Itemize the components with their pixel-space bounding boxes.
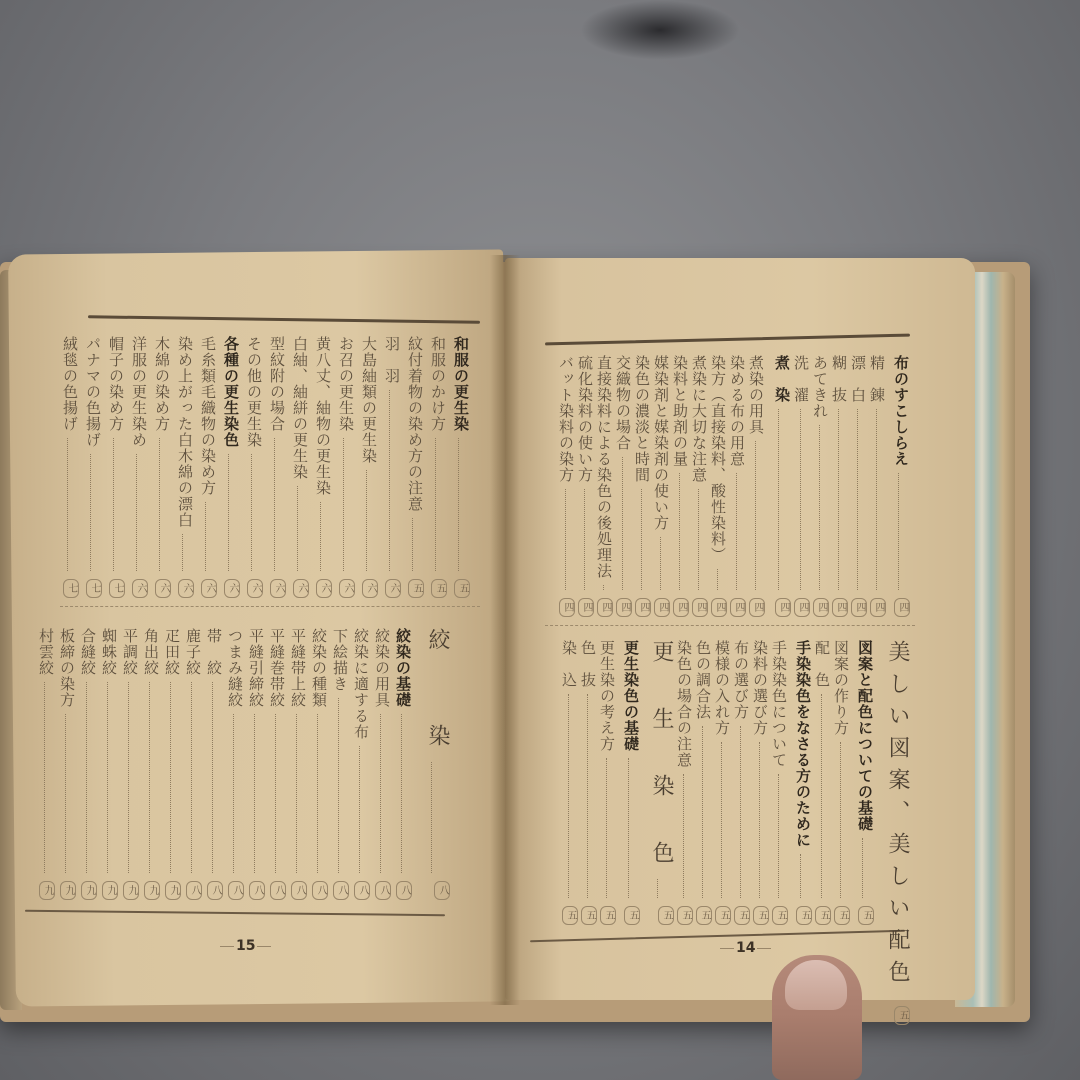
toc-page-ref: 八 <box>270 881 286 900</box>
dot-leader <box>679 473 680 590</box>
toc-page-ref: 八 <box>228 881 244 900</box>
toc-chapter-heading[interactable]: 絞 染八 <box>412 628 450 900</box>
toc-page-ref: 四 <box>730 598 746 617</box>
toc-entry-title: 型紋附の場合 <box>268 336 286 432</box>
right-top-toc: 布のすこしらえ四 精 錬四 漂 白四 糊 抜四 あてきれ四 洗 濯四 煮 染四 … <box>545 355 910 617</box>
toc-page-ref: 五 <box>858 906 874 925</box>
dot-leader <box>628 758 629 898</box>
dot-leader <box>401 714 402 873</box>
toc-entry-title: 染 込 <box>560 640 578 688</box>
toc-entry[interactable]: 蜘蛛絞九 <box>97 628 118 900</box>
toc-page-ref: 六 <box>293 579 309 598</box>
toc-entry[interactable]: 和服の更生染五 <box>447 336 470 598</box>
toc-entry[interactable]: 黄八丈、紬物の更生染六 <box>309 336 332 598</box>
toc-entry[interactable]: 絨毯の色揚げ七 <box>56 336 79 598</box>
dot-leader <box>857 409 858 590</box>
dot-leader <box>641 489 642 590</box>
dot-leader <box>740 726 741 898</box>
dot-leader <box>254 714 255 873</box>
toc-entry-title: 色 抜 <box>579 640 597 688</box>
toc-entry[interactable]: 木綿の染め方六 <box>148 336 171 598</box>
dot-leader <box>320 502 321 571</box>
toc-entry-title: 模様の入れ方 <box>713 640 731 736</box>
dot-leader <box>683 774 684 898</box>
toc-entry-title: 硫化染料の使い方 <box>576 355 594 483</box>
book-gutter <box>490 255 520 1005</box>
dot-leader <box>698 489 699 590</box>
dot-leader <box>136 454 137 571</box>
toc-page-ref: 九 <box>102 881 118 900</box>
toc-page-ref: 六 <box>362 579 378 598</box>
dot-leader <box>191 682 192 873</box>
dot-leader <box>296 714 297 873</box>
dot-leader <box>431 762 432 873</box>
toc-entry[interactable]: 型紋附の場合六 <box>263 336 286 598</box>
background-shadow <box>580 0 740 60</box>
toc-entry-title: 絞染の種類 <box>310 628 328 708</box>
toc-entry[interactable]: 煮 染四 <box>765 355 791 617</box>
toc-page-ref: 五 <box>894 1006 910 1025</box>
chapter-title: 更 生 染 色 <box>648 640 674 873</box>
toc-page-ref: 四 <box>870 598 886 617</box>
toc-page-ref: 八 <box>333 881 349 900</box>
chapter-title: 美しい図案、美しい配色 <box>884 640 910 992</box>
toc-entry[interactable]: 煮染に大切な注意四 <box>689 355 708 617</box>
toc-entry[interactable]: 帽子の染め方七 <box>102 336 125 598</box>
dot-leader <box>317 714 318 873</box>
toc-entry-title: 煮染の用具 <box>747 355 765 435</box>
toc-page-ref: 四 <box>635 598 651 617</box>
toc-entry[interactable]: 手染染色について五 <box>769 640 788 925</box>
toc-entry[interactable]: 洗 濯四 <box>791 355 810 617</box>
toc-page-ref: 五 <box>796 906 812 925</box>
dot-leader <box>412 518 413 571</box>
dot-leader <box>389 390 390 571</box>
chapter-title: 絞 染 <box>424 628 450 756</box>
toc-entry[interactable]: 大島紬類の更生染六 <box>355 336 378 598</box>
toc-entry[interactable]: 白紬、紬絣の更生染六 <box>286 336 309 598</box>
toc-entry-title: 平縫引締絞 <box>247 628 265 708</box>
toc-entry-title: 和服の更生染 <box>452 336 470 432</box>
toc-page-ref: 四 <box>654 598 670 617</box>
toc-entry[interactable]: 染方（直接染料、酸性染料）四 <box>708 355 727 617</box>
toc-entry-title: 染方（直接染料、酸性染料） <box>709 355 727 563</box>
toc-page-ref: 六 <box>201 579 217 598</box>
toc-entry-title: 黄八丈、紬物の更生染 <box>314 336 332 496</box>
toc-entry[interactable]: 更生染の考え方五 <box>597 640 616 925</box>
toc-page-ref: 四 <box>794 598 810 617</box>
toc-entry[interactable]: 下絵描き八 <box>328 628 349 900</box>
dot-leader <box>565 489 566 590</box>
toc-entry-title: 平縫帯上絞 <box>289 628 307 708</box>
toc-entry-title: 糊 抜 <box>830 355 848 403</box>
toc-entry[interactable]: 硫化染料の使い方四 <box>575 355 594 617</box>
toc-page-ref: 九 <box>144 881 160 900</box>
dot-leader <box>778 774 779 898</box>
dot-leader <box>251 454 252 571</box>
dot-leader <box>90 454 91 571</box>
right-bottom-toc: 美しい図案、美しい配色五 図案と配色についての基礎五 図案の作り方五 配 色五 … <box>545 640 910 925</box>
toc-page-ref: 四 <box>597 598 613 617</box>
toc-entry-title: 紋付着物の染め方の注意 <box>406 336 424 512</box>
dot-leader <box>800 409 801 590</box>
toc-entry-title: 漂 白 <box>849 355 867 403</box>
toc-page-ref: 七 <box>63 579 79 598</box>
toc-page-ref: 五 <box>815 906 831 925</box>
toc-entry[interactable]: 手染染色をなさる方のために五 <box>788 640 812 925</box>
dot-leader <box>862 838 863 898</box>
toc-entry[interactable]: 媒染剤と媒染剤の使い方四 <box>651 355 670 617</box>
toc-entry[interactable]: 角出絞九 <box>139 628 160 900</box>
toc-entry[interactable]: 帯 絞八 <box>202 628 223 900</box>
toc-page-ref: 五 <box>431 579 447 598</box>
toc-page-ref: 六 <box>339 579 355 598</box>
dot-leader <box>65 714 66 873</box>
toc-entry[interactable]: 合縫絞九 <box>76 628 97 900</box>
toc-page-ref: 八 <box>434 881 450 900</box>
dot-leader <box>67 438 68 571</box>
dot-leader <box>128 682 129 873</box>
toc-entry[interactable]: 各種の更生染色六 <box>217 336 240 598</box>
toc-page-ref: 五 <box>677 906 693 925</box>
toc-entry-title: 染める布の用意 <box>728 355 746 467</box>
toc-entry-title: 各種の更生染色 <box>222 336 240 448</box>
dot-leader <box>149 682 150 873</box>
toc-entry-title: 村雲絞 <box>37 628 55 676</box>
toc-entry[interactable]: 色 抜五 <box>578 640 597 925</box>
dot-leader <box>275 714 276 873</box>
toc-page-ref: 九 <box>123 881 139 900</box>
dot-leader <box>107 682 108 873</box>
toc-entry[interactable]: 絞染の種類八 <box>307 628 328 900</box>
toc-entry-title: 煮染に大切な注意 <box>690 355 708 483</box>
toc-entry-title: 絞染に適する布 <box>352 628 370 740</box>
toc-entry-title: 絨毯の色揚げ <box>61 336 79 432</box>
toc-entry[interactable]: 染色の場合の注意五 <box>674 640 693 925</box>
dot-leader <box>380 714 381 873</box>
toc-page-ref: 四 <box>894 598 910 617</box>
toc-entry-title: 毛糸類毛織物の染め方 <box>199 336 217 496</box>
thumb-nail <box>785 960 847 1010</box>
toc-page-ref: 六 <box>224 579 240 598</box>
toc-page-ref: 四 <box>813 598 829 617</box>
toc-entry[interactable]: 絞染の用具八 <box>370 628 391 900</box>
toc-page-ref: 五 <box>715 906 731 925</box>
toc-entry-title: 蜘蛛絞 <box>100 628 118 676</box>
dot-leader <box>838 409 839 590</box>
toc-page-ref: 八 <box>186 881 202 900</box>
toc-page-ref: 八 <box>375 881 391 900</box>
toc-page-ref: 四 <box>616 598 632 617</box>
dot-leader <box>366 470 367 571</box>
toc-entry-title: 媒染剤と媒染剤の使い方 <box>652 355 670 531</box>
dot-leader <box>584 489 585 590</box>
toc-entry-title: 直接染料による染色の後処理法 <box>595 355 613 579</box>
toc-page-ref: 五 <box>772 906 788 925</box>
toc-page-ref: 八 <box>354 881 370 900</box>
toc-entry[interactable]: 絞染に適する布八 <box>349 628 370 900</box>
toc-page-ref: 六 <box>270 579 286 598</box>
toc-entry[interactable]: 羽 羽六 <box>378 336 401 598</box>
toc-entry[interactable]: 模様の入れ方五 <box>712 640 731 925</box>
toc-entry-title: 更生染色の基礎 <box>622 640 640 752</box>
toc-entry[interactable]: 平縫引締絞八 <box>244 628 265 900</box>
toc-page-ref: 四 <box>559 598 575 617</box>
toc-entry-title: 疋田絞 <box>163 628 181 676</box>
dot-leader <box>338 698 339 873</box>
toc-entry[interactable]: パナマの色揚げ七 <box>79 336 102 598</box>
dot-leader <box>587 694 588 898</box>
toc-entry-title: 染料の選び方 <box>751 640 769 736</box>
dot-leader <box>736 473 737 590</box>
toc-entry-title: 色の調合法 <box>694 640 712 720</box>
toc-page-ref: 六 <box>316 579 332 598</box>
toc-entry-title: 配 色 <box>813 640 831 688</box>
toc-entry[interactable]: 鹿子絞八 <box>181 628 202 900</box>
toc-entry-title: 染め上がった白木綿の漂白 <box>176 336 194 528</box>
dot-leader <box>113 438 114 571</box>
dot-leader <box>435 438 436 571</box>
dot-leader <box>44 682 45 873</box>
toc-page-ref: 九 <box>165 881 181 900</box>
toc-entry-title: 布の選び方 <box>732 640 750 720</box>
toc-page-ref: 六 <box>155 579 171 598</box>
toc-entry[interactable]: 漂 白四 <box>848 355 867 617</box>
toc-entry-title: 羽 羽 <box>383 336 401 384</box>
toc-page-ref: 四 <box>673 598 689 617</box>
toc-entry-title: 合縫絞 <box>79 628 97 676</box>
dot-leader <box>800 854 801 898</box>
toc-entry-title: 鹿子絞 <box>184 628 202 676</box>
left-section-divider <box>60 606 480 608</box>
toc-entry-title: 図案と配色についての基礎 <box>856 640 874 832</box>
toc-entry-title: 板締の染方 <box>58 628 76 708</box>
toc-entry-title: 帯 絞 <box>205 628 223 676</box>
toc-page-ref: 四 <box>851 598 867 617</box>
dot-leader <box>603 585 604 590</box>
toc-page-ref: 五 <box>834 906 850 925</box>
toc-entry[interactable]: 染料の選び方五 <box>750 640 769 925</box>
toc-entry[interactable]: お召の更生染六 <box>332 336 355 598</box>
toc-entry[interactable]: 煮染の用具四 <box>746 355 765 617</box>
toc-entry[interactable]: 平縫帯上絞八 <box>286 628 307 900</box>
dot-leader <box>721 742 722 898</box>
dot-leader <box>606 758 607 898</box>
dot-leader <box>876 409 877 590</box>
toc-entry[interactable]: 染める布の用意四 <box>727 355 746 617</box>
toc-entry[interactable]: 染め上がった白木綿の漂白六 <box>171 336 194 598</box>
toc-entry-title: 洗 濯 <box>792 355 810 403</box>
toc-entry[interactable]: 染料と助剤の量四 <box>670 355 689 617</box>
toc-page-ref: 四 <box>749 598 765 617</box>
toc-entry-title: 染色の場合の注意 <box>675 640 693 768</box>
toc-entry-title: つまみ縫絞 <box>226 628 244 708</box>
dot-leader <box>568 694 569 898</box>
dot-leader <box>170 682 171 873</box>
dot-leader <box>359 746 360 873</box>
dot-leader <box>660 537 661 590</box>
toc-entry-title: 手染染色をなさる方のために <box>794 640 812 848</box>
dot-leader <box>159 438 160 571</box>
dot-leader <box>778 409 779 590</box>
dot-leader <box>343 438 344 571</box>
toc-entry[interactable]: 更生染色の基礎五 <box>616 640 640 925</box>
toc-page-ref: 五 <box>562 906 578 925</box>
toc-entry[interactable]: 疋田絞九 <box>160 628 181 900</box>
toc-page-ref: 五 <box>753 906 769 925</box>
right-page-number: 14 <box>722 940 769 956</box>
toc-page-ref: 七 <box>86 579 102 598</box>
dot-leader <box>755 441 756 590</box>
toc-entry[interactable]: 平縫巻帯絞八 <box>265 628 286 900</box>
toc-entry[interactable]: 毛糸類毛織物の染め方六 <box>194 336 217 598</box>
toc-entry[interactable]: 板締の染方九 <box>55 628 76 900</box>
toc-page-ref: 九 <box>81 881 97 900</box>
toc-page-ref: 八 <box>396 881 412 900</box>
dot-leader <box>274 438 275 571</box>
toc-entry[interactable]: 紋付着物の染め方の注意五 <box>401 336 424 598</box>
toc-entry[interactable]: 洋服の更生染め六 <box>125 336 148 598</box>
toc-entry[interactable]: 図案と配色についての基礎五 <box>850 640 874 925</box>
dot-leader <box>821 694 822 898</box>
toc-entry[interactable]: 布の選び方五 <box>731 640 750 925</box>
toc-entry[interactable]: 染色の濃淡と時間四 <box>632 355 651 617</box>
toc-entry[interactable]: 和服のかけ方五 <box>424 336 447 598</box>
toc-entry[interactable]: 交織物の場合四 <box>613 355 632 617</box>
dot-leader <box>819 425 820 590</box>
toc-entry[interactable]: バット染料の染方四 <box>556 355 575 617</box>
toc-page-ref: 五 <box>408 579 424 598</box>
toc-entry[interactable]: つまみ縫絞八 <box>223 628 244 900</box>
dot-leader <box>212 682 213 873</box>
toc-page-ref: 四 <box>775 598 791 617</box>
dot-leader <box>86 682 87 873</box>
toc-entry-title: 洋服の更生染め <box>130 336 148 448</box>
toc-entry[interactable]: 村雲絞九 <box>34 628 55 900</box>
toc-entry[interactable]: 色の調合法五 <box>693 640 712 925</box>
toc-page-ref: 八 <box>291 881 307 900</box>
toc-entry-title: 木綿の染め方 <box>153 336 171 432</box>
toc-chapter-heading[interactable]: 更 生 染 色五 <box>640 640 674 925</box>
toc-entry-title: 煮 染 <box>773 355 791 403</box>
toc-entry-title: 精 錬 <box>868 355 886 403</box>
toc-entry-title: 和服のかけ方 <box>429 336 447 432</box>
toc-page-ref: 四 <box>832 598 848 617</box>
dot-leader <box>657 879 658 898</box>
toc-entry[interactable]: 布のすこしらえ四 <box>886 355 910 617</box>
toc-page-ref: 八 <box>249 881 265 900</box>
toc-page-ref: 八 <box>312 881 328 900</box>
toc-entry-title: 平縫巻帯絞 <box>268 628 286 708</box>
toc-entry[interactable]: 染 込五 <box>559 640 578 925</box>
toc-entry-title: その他の更生染 <box>245 336 263 448</box>
dot-leader <box>228 454 229 571</box>
toc-entry[interactable]: その他の更生染六 <box>240 336 263 598</box>
toc-page-ref: 五 <box>624 906 640 925</box>
toc-entry-title: バット染料の染方 <box>557 355 575 483</box>
dot-leader <box>233 714 234 873</box>
toc-entry[interactable]: 精 錬四 <box>867 355 886 617</box>
toc-entry-title: お召の更生染 <box>337 336 355 432</box>
toc-entry-title: 下絵描き <box>331 628 349 692</box>
toc-entry[interactable]: 糊 抜四 <box>829 355 848 617</box>
dot-leader <box>898 473 899 590</box>
toc-entry-title: 染色の濃淡と時間 <box>633 355 651 483</box>
toc-page-ref: 五 <box>696 906 712 925</box>
toc-entry-title: あてきれ <box>811 355 829 419</box>
dot-leader <box>622 457 623 590</box>
toc-entry-title: 白紬、紬絣の更生染 <box>291 336 309 480</box>
toc-page-ref: 七 <box>109 579 125 598</box>
dot-leader <box>759 742 760 898</box>
dot-leader <box>182 534 183 571</box>
dot-leader <box>205 502 206 571</box>
toc-page-ref: 九 <box>60 881 76 900</box>
dot-leader <box>702 726 703 898</box>
right-section-divider <box>545 625 915 627</box>
toc-entry-title: 更生染の考え方 <box>598 640 616 752</box>
toc-entry[interactable]: 絞染の基礎八 <box>391 628 412 900</box>
toc-page-ref: 四 <box>711 598 727 617</box>
dot-leader <box>297 486 298 571</box>
toc-entry-title: パナマの色揚げ <box>84 336 102 448</box>
toc-page-ref: 五 <box>600 906 616 925</box>
toc-page-ref: 六 <box>385 579 401 598</box>
toc-entry-title: 交織物の場合 <box>614 355 632 451</box>
dot-leader <box>840 742 841 898</box>
toc-page-ref: 六 <box>247 579 263 598</box>
toc-chapter-heading[interactable]: 美しい図案、美しい配色五 <box>874 640 910 925</box>
toc-page-ref: 五 <box>658 906 674 925</box>
toc-page-ref: 四 <box>692 598 708 617</box>
toc-entry-title: 角出絞 <box>142 628 160 676</box>
toc-page-ref: 八 <box>207 881 223 900</box>
toc-entry-title: 大島紬類の更生染 <box>360 336 378 464</box>
toc-page-ref: 四 <box>578 598 594 617</box>
toc-entry-title: 帽子の染め方 <box>107 336 125 432</box>
toc-entry-title: 図案の作り方 <box>832 640 850 736</box>
left-bottom-toc: 絞 染八 絞染の基礎八 絞染の用具八 絞染に適する布八 下絵描き八 絞染の種類八… <box>40 628 450 900</box>
toc-entry-title: 染料と助剤の量 <box>671 355 689 467</box>
toc-entry[interactable]: 平調絞九 <box>118 628 139 900</box>
toc-page-ref: 五 <box>734 906 750 925</box>
dot-leader <box>717 569 718 590</box>
toc-entry[interactable]: 配 色五 <box>812 640 831 925</box>
toc-page-ref: 五 <box>581 906 597 925</box>
dot-leader <box>458 438 459 571</box>
toc-entry[interactable]: 図案の作り方五 <box>831 640 850 925</box>
left-top-toc: 和服の更生染五 和服のかけ方五 紋付着物の染め方の注意五 羽 羽六 大島紬類の更… <box>60 336 470 598</box>
toc-page-ref: 六 <box>178 579 194 598</box>
toc-entry-title: 布のすこしらえ <box>892 355 910 467</box>
toc-entry[interactable]: 直接染料による染色の後処理法四 <box>594 355 613 617</box>
toc-entry-title: 絞染の用具 <box>373 628 391 708</box>
left-page-number: 15 <box>222 938 269 954</box>
toc-page-ref: 九 <box>39 881 55 900</box>
toc-entry-title: 平調絞 <box>121 628 139 676</box>
toc-entry[interactable]: あてきれ四 <box>810 355 829 617</box>
toc-entry-title: 絞染の基礎 <box>394 628 412 708</box>
toc-entry-title: 手染染色について <box>770 640 788 768</box>
toc-page-ref: 六 <box>132 579 148 598</box>
toc-page-ref: 五 <box>454 579 470 598</box>
